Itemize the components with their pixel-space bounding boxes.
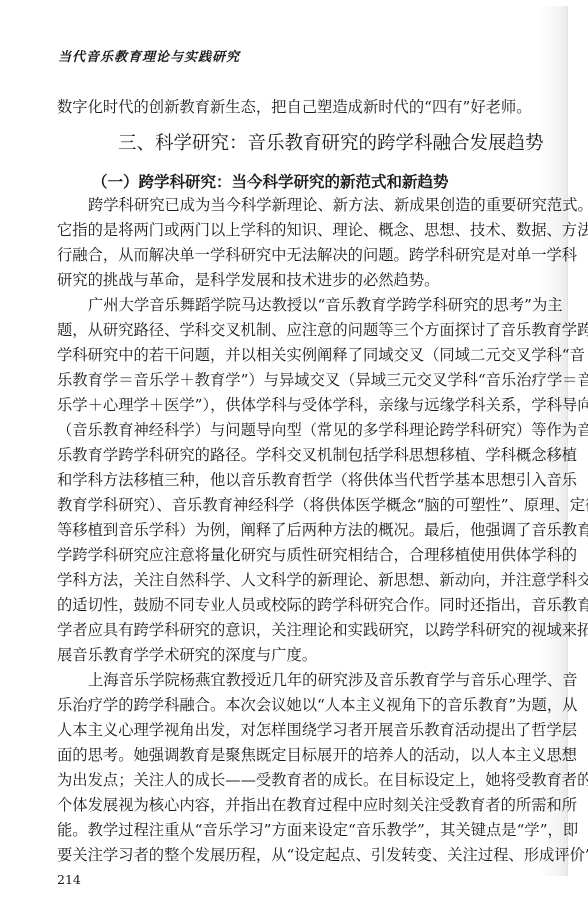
paragraph-2-line: 乐学＋心理学＋医学”），供体学科与受体学科，亲缘与远缘学科关系，学科导向型 xyxy=(57,393,541,418)
paragraph-2-line: 学科方法，关注自然科学、人文科学的新理论、新思想、新动向，并注意学科交叉 xyxy=(57,568,541,593)
paragraph-2-line: 展音乐教育学学术研究的深度与广度。 xyxy=(57,643,541,668)
subsection-title: （一）跨学科研究：当今科学研究的新范式和新趋势 xyxy=(92,170,449,192)
paragraph-1-line: 研究的挑战与革命，是科学发展和技术进步的必然趋势。 xyxy=(57,268,541,293)
paragraph-2-line: （音乐教育神经科学）与问题导向型（常见的多学科理论跨学科研究）等作为音 xyxy=(57,418,541,443)
paragraph-3-line: 要关注学习者的整个发展历程，从“设定起点、引发转变、关注过程、形成评价” xyxy=(57,843,541,868)
paragraph-3-line: 个体发展视为核心内容，并指出在教育过程中应时刻关注受教育者的所需和所 xyxy=(57,793,541,818)
paragraph-2-line: 学者应具有跨学科研究的意识，关注理论和实践研究，以跨学科研究的视域来拓 xyxy=(57,618,541,643)
intro-line: 数字化时代的创新教育新生态，把自己塑造成新时代的“四有”好老师。 xyxy=(57,95,541,120)
paragraph-2-line: 乐教育学＝音乐学＋教育学”）与异域交叉（异域三元交叉学科“音乐治疗学＝音 xyxy=(57,368,541,393)
paragraph-1-line: 跨学科研究已成为当今科学新理论、新方法、新成果创造的重要研究范式。 xyxy=(88,193,541,218)
paragraph-1-line: 行融合，从而解决单一学科研究中无法解决的问题。跨学科研究是对单一学科 xyxy=(57,243,541,268)
paragraph-2-line: 广州大学音乐舞蹈学院马达教授以“音乐教育学跨学科研究的思考”为主 xyxy=(88,293,541,318)
paragraph-2-line: 学科研究中的若干问题，并以相关实例阐释了同域交叉（同域二元交叉学科“音 xyxy=(57,343,541,368)
paragraph-2-line: 教育学科研究）、音乐教育神经科学（将供体医学概念“脑的可塑性”、原理、定律 xyxy=(57,493,541,518)
section-title: 三、科学研究：音乐教育研究的跨学科融合发展趋势 xyxy=(118,129,544,155)
paragraph-2-line: 乐教育学跨学科研究的路径。学科交叉机制包括学科思想移植、学科概念移植 xyxy=(57,443,541,468)
page-number: 214 xyxy=(57,872,81,887)
paragraph-3-line: 为出发点；关注人的成长——受教育者的成长。在目标设定上，她将受教育者的 xyxy=(57,768,541,793)
paragraph-3-line: 上海音乐学院杨燕宜教授近几年的研究涉及音乐教育学与音乐心理学、音 xyxy=(88,668,541,693)
paragraph-2-line: 题，从研究路径、学科交叉机制、应注意的问题等三个方面探讨了音乐教育学跨 xyxy=(57,318,541,343)
paragraph-2-line: 学跨学科研究应注意将量化研究与质性研究相结合，合理移植使用供体学科的 xyxy=(57,543,541,568)
paragraph-2-line: 和学科方法移植三种，他以音乐教育哲学（将供体当代哲学基本思想引入音乐 xyxy=(57,468,541,493)
paragraph-3-line: 乐治疗学的跨学科融合。本次会议她以“人本主义视角下的音乐教育”为题，从 xyxy=(57,693,541,718)
paragraph-3-line: 面的思考。她强调教育是聚焦既定目标展开的培养人的活动，以人本主义思想 xyxy=(57,743,541,768)
running-head: 当代音乐教育理论与实践研究 xyxy=(58,46,240,65)
paragraph-2-line: 等移植到音乐学科）为例，阐释了后两种方法的概况。最后，他强调了音乐教育 xyxy=(57,518,541,543)
paragraph-3-line: 能。教学过程注重从“音乐学习”方面来设定“音乐教学”，其关键点是“学”，即 xyxy=(57,818,541,843)
paragraph-1-line: 它指的是将两门或两门以上学科的知识、理论、概念、思想、技术、数据、方法等进 xyxy=(57,218,541,243)
paragraph-2-line: 的适切性，鼓励不同专业人员或校际的跨学科研究合作。同时还指出，音乐教育 xyxy=(57,593,541,618)
paragraph-3-line: 人本主义心理学视角出发，对怎样围绕学习者开展音乐教育活动提出了哲学层 xyxy=(57,718,541,743)
